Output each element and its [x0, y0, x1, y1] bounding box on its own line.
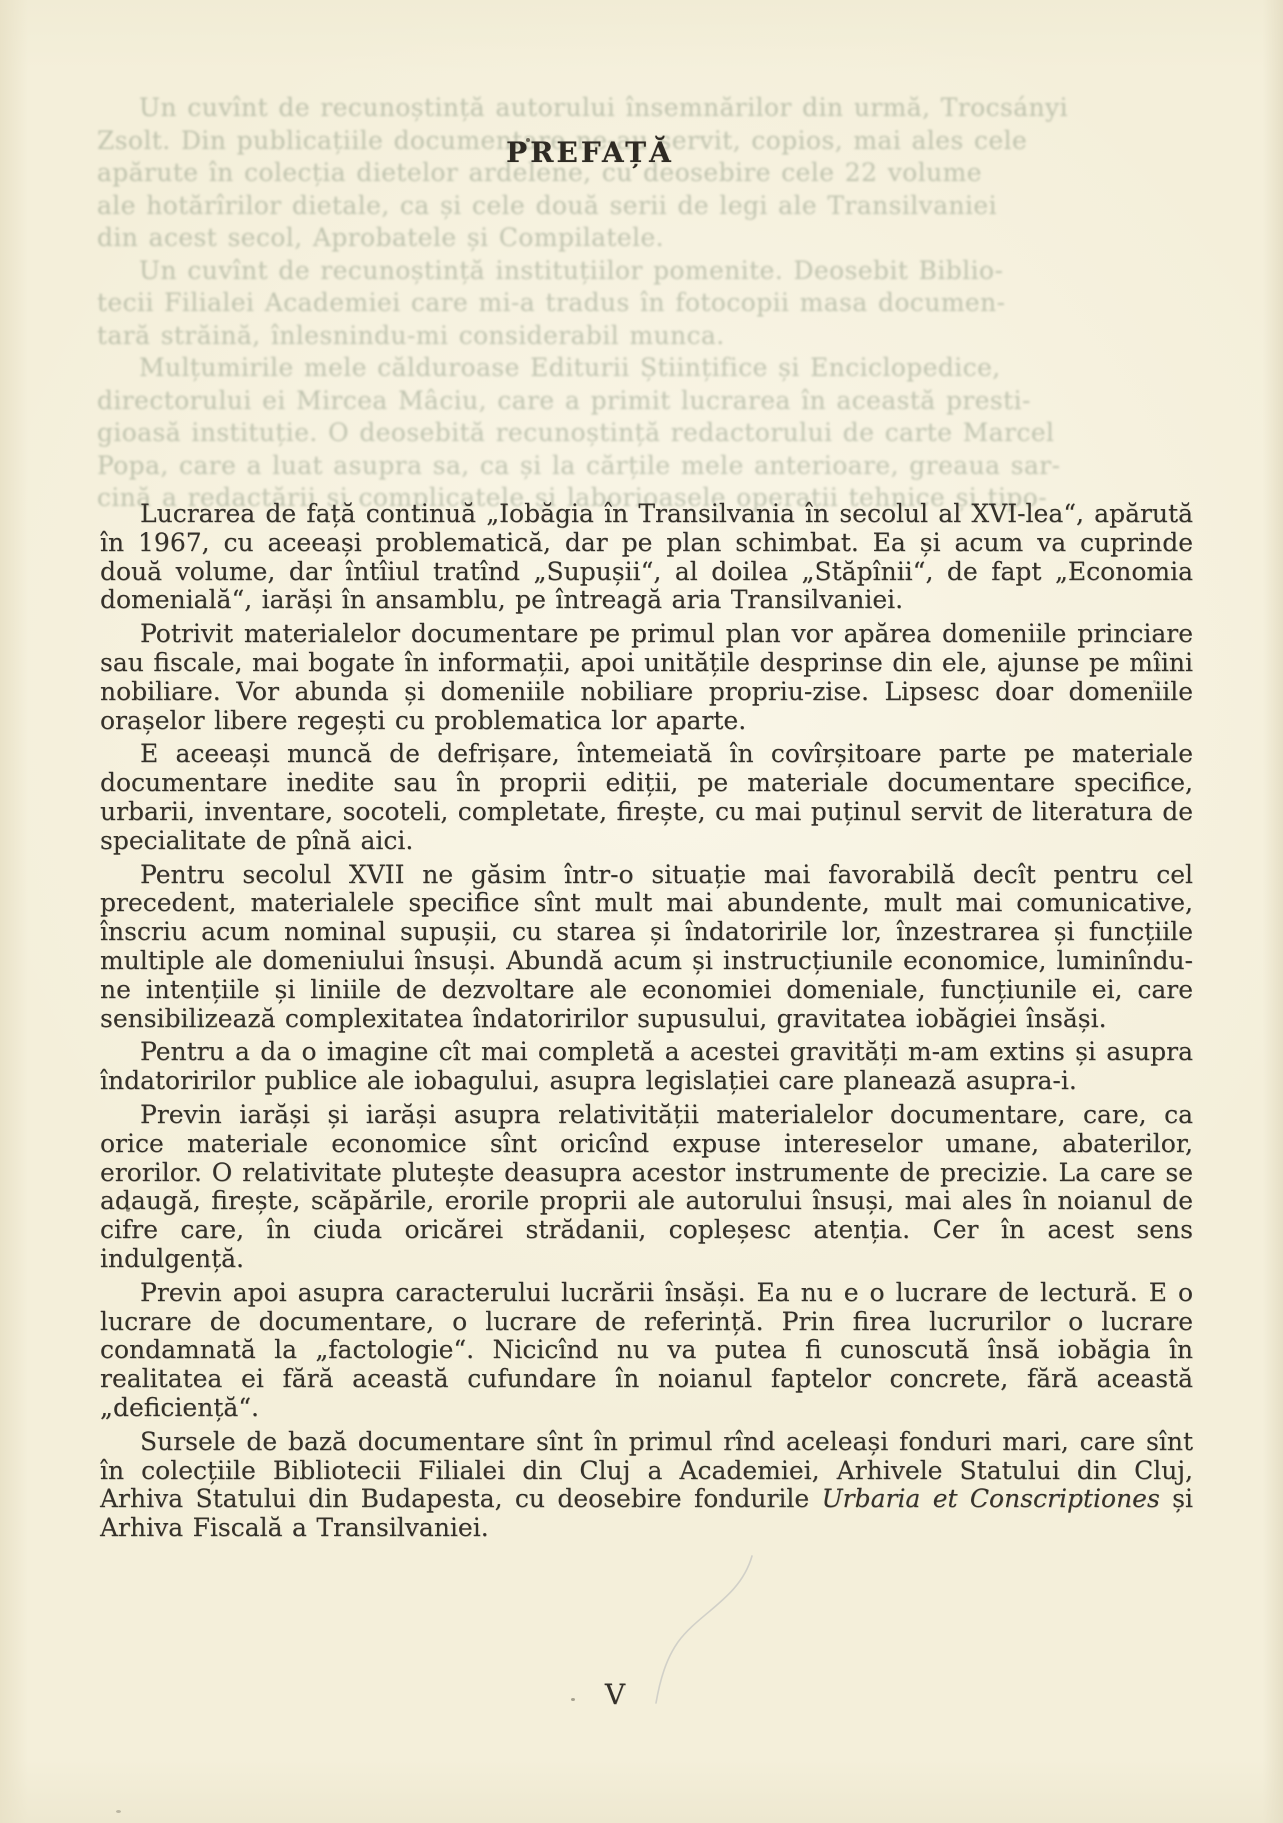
bleedthrough-line: tară străină, înlesnindu-mi considerabil… — [97, 320, 1202, 353]
paragraph: Lucrarea de față continuă „Iobăgia în Tr… — [100, 500, 1193, 615]
bleedthrough-line: Un cuvînt de recunoștință instituțiilor … — [97, 255, 1202, 288]
bleedthrough-line: ale hotărîrilor dietale, ca și cele două… — [97, 190, 1202, 223]
text-segment: E aceeași muncă de defrișare, întemeiată… — [100, 739, 1193, 854]
text-segment: Pentru secolul XVII ne găsim într-o situ… — [100, 860, 1193, 1033]
bleedthrough-line: tecii Filialei Academiei care mi-a tradu… — [97, 287, 1202, 320]
italic-text-segment: Urbaria et Conscriptiones — [822, 1484, 1160, 1513]
paragraph: Previn iarăși și iarăși asupra relativit… — [100, 1101, 1193, 1274]
ink-speck — [116, 1810, 121, 1813]
bleedthrough-line: Un cuvînt de recunoștință autorului înse… — [97, 92, 1202, 125]
page-number: V — [560, 1678, 670, 1711]
page-title: PREFAȚĂ — [0, 136, 1180, 169]
text-segment: Previn apoi asupra caracterului lucrării… — [100, 1278, 1193, 1422]
paragraph: Potrivit materialelor documentare pe pri… — [100, 620, 1193, 735]
bleedthrough-line: Popa, care a luat asupra sa, ca și la că… — [97, 450, 1202, 483]
paragraph: Pentru secolul XVII ne găsim într-o situ… — [100, 861, 1193, 1034]
paragraph: Pentru a da o imagine cît mai completă a… — [100, 1038, 1193, 1096]
body-text: Lucrarea de față continuă „Iobăgia în Tr… — [100, 500, 1193, 1548]
text-segment: Lucrarea de față continuă „Iobăgia în Tr… — [100, 499, 1193, 614]
scanned-book-page: Un cuvînt de recunoștință autorului înse… — [0, 0, 1283, 1823]
text-segment: Pentru a da o imagine cît mai completă a… — [100, 1037, 1193, 1095]
paragraph: Previn apoi asupra caracterului lucrării… — [100, 1279, 1193, 1423]
bleedthrough-line: directorului ei Mircea Mâciu, care a pri… — [97, 385, 1202, 418]
bleedthrough-line: gioasă instituție. O deosebită recunoști… — [97, 417, 1202, 450]
paragraph: E aceeași muncă de defrișare, întemeiată… — [100, 740, 1193, 855]
text-segment: Potrivit materialelor documentare pe pri… — [100, 619, 1193, 734]
bleedthrough-line: Mulțumirile mele călduroase Editurii Ști… — [97, 352, 1202, 385]
paragraph: Sursele de bază documentare sînt în prim… — [100, 1428, 1193, 1543]
text-segment: Previn iarăși și iarăși asupra relativit… — [100, 1100, 1193, 1273]
bleedthrough-line: din acest secol, Aprobatele și Compilate… — [97, 222, 1202, 255]
